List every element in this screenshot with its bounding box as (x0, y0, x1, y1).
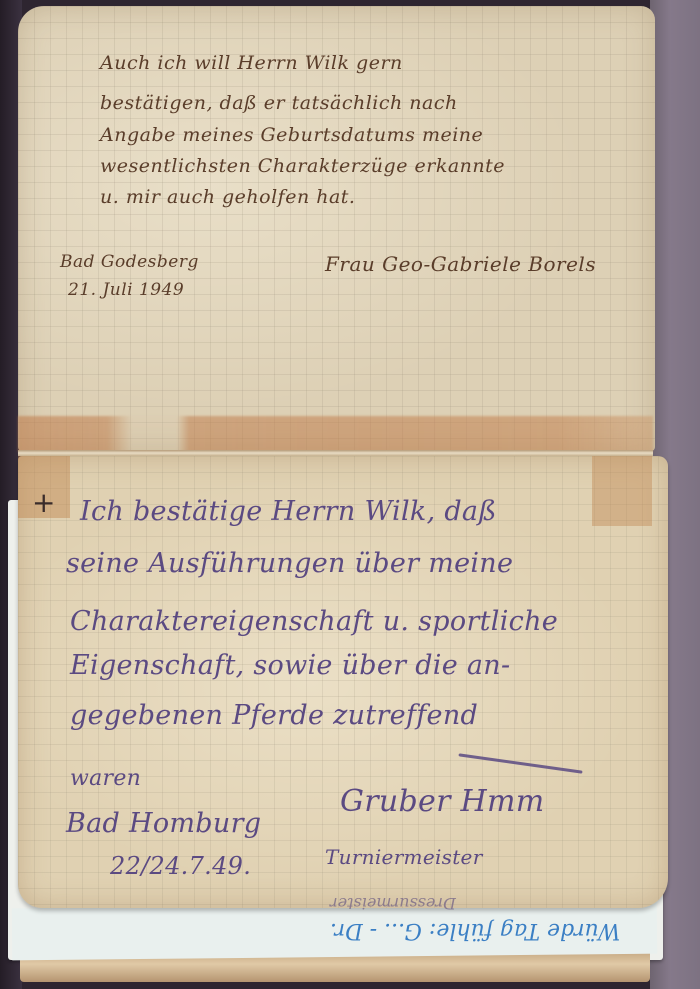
upper-line-1: Auch ich will Herrn Wilk gern (100, 52, 403, 74)
lower-signature: Gruber Hmm (340, 784, 545, 819)
lower-line-3: Charaktereigenschaft u. sportliche (70, 606, 558, 637)
upper-page-stain (18, 416, 653, 452)
lower-line-1: Ich bestätige Herrn Wilk, daß (80, 496, 497, 527)
lower-signature-title: Turniermeister (325, 845, 483, 869)
lower-page-stain-right (592, 456, 652, 526)
upper-line-5: u. mir auch geholfen hat. (100, 186, 355, 208)
upper-line-3: Angabe meines Geburtsdatums meine (100, 124, 483, 146)
lower-place: Bad Homburg (66, 808, 261, 839)
underlying-page-text: Dressurmeister (330, 894, 456, 913)
upper-place: Bad Godesberg (60, 252, 199, 272)
upper-date: 21. Juli 1949 (68, 280, 184, 300)
upper-line-4: wesentlichsten Charakterzüge erkannte (100, 155, 505, 177)
margin-mark: + (32, 486, 55, 519)
lower-line-5: gegebenen Pferde zutreffend (70, 700, 478, 731)
upper-line-2: bestätigen, daß er tatsächlich nach (100, 92, 458, 114)
upper-signature: Frau Geo-Gabriele Borels (325, 252, 596, 276)
lower-date: 22/24.7.49. (110, 852, 251, 880)
lower-line-4: Eigenschaft, sowie über die an- (70, 650, 510, 681)
lower-line-6: waren (70, 766, 141, 791)
loose-note-text: Würde Tag fühle: G... - Dr. (330, 918, 621, 943)
lower-line-2: seine Ausführungen über meine (66, 548, 513, 579)
